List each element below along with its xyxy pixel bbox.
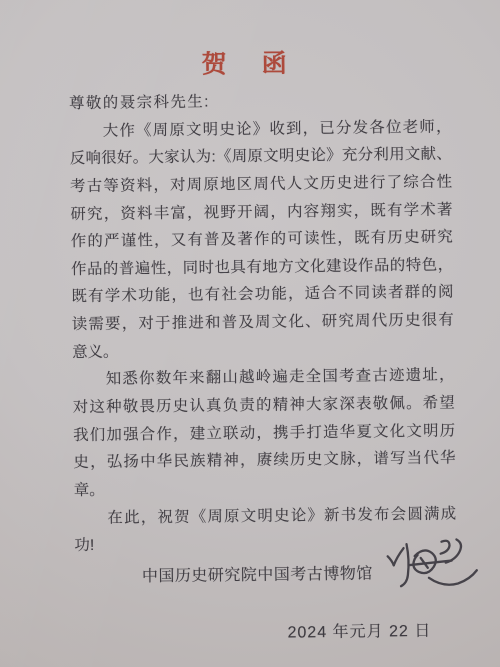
date-line: 2024 年元月 22 日 (287, 618, 431, 643)
body-line: 对这种敬畏历史认真负责的精神大家深表敬佩。希望 (73, 390, 455, 422)
letter-sheet: 贺 函 尊敬的聂宗科先生: 大作《周原文明史论》收到，已分发各位老师， 反响很好… (0, 0, 500, 667)
letter-photo: 贺 函 尊敬的聂宗科先生: 大作《周原文明史论》收到，已分发各位老师， 反响很好… (0, 0, 500, 667)
letter-title: 贺 函 (0, 41, 497, 83)
body-line: 读需要，对于推进和普及周文化、研究周代历史很有 (72, 307, 454, 339)
signature-icon (362, 533, 483, 614)
institution-line: 中国历史研究院中国考古博物馆 (142, 561, 373, 587)
body-line: 史，弘扬中华民族精神，赓续历史文脉，谱写当代华 (73, 445, 455, 477)
body-line: 在此，祝贺《周原文明史论》新书发布会圆满成 (74, 500, 456, 532)
body-line: 作的严谨性，又有普及著作的可读性，既有历史研究 (71, 224, 453, 256)
body-line: 考古等资料，对周原地区周代人文历史进行了综合性 (70, 168, 452, 200)
letter-body: 尊敬的聂宗科先生: 大作《周原文明史论》收到，已分发各位老师， 反响很好。大家认… (69, 86, 457, 561)
handwritten-signature (362, 533, 483, 614)
